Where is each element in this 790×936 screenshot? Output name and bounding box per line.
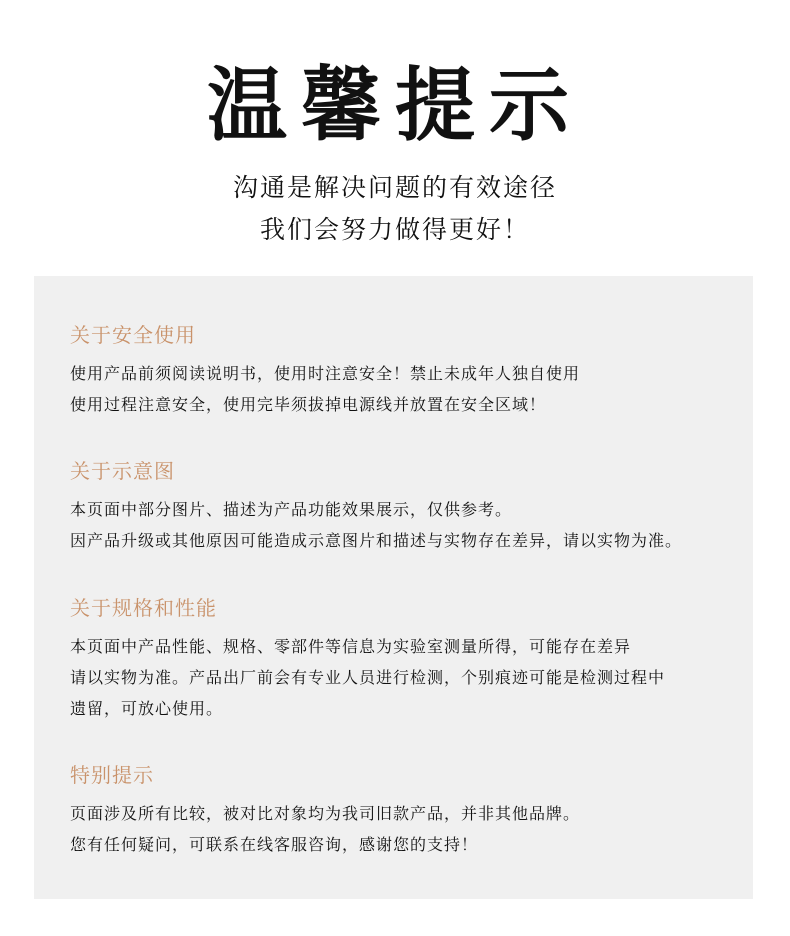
section-safety: 关于安全使用 使用产品前须阅读说明书，使用时注意安全！禁止未成年人独自使用 使用… bbox=[70, 320, 580, 420]
section-text: 本页面中产品性能、规格、零部件等信息为实验室测量所得，可能存在差异 bbox=[70, 631, 665, 662]
section-text: 页面涉及所有比较，被对比对象均为我司旧款产品，并非其他品牌。 bbox=[70, 798, 580, 829]
section-heading: 特别提示 bbox=[70, 760, 580, 790]
subtitle-line-2: 我们会努力做得更好！ bbox=[0, 210, 790, 246]
section-text: 请以实物为准。产品出厂前会有专业人员进行检测，个别痕迹可能是检测过程中 bbox=[70, 662, 665, 693]
section-text: 遗留，可放心使用。 bbox=[70, 693, 665, 724]
section-specs: 关于规格和性能 本页面中产品性能、规格、零部件等信息为实验室测量所得，可能存在差… bbox=[70, 593, 665, 724]
notice-panel: 关于安全使用 使用产品前须阅读说明书，使用时注意安全！禁止未成年人独自使用 使用… bbox=[34, 276, 753, 899]
section-text: 您有任何疑问，可联系在线客服咨询，感谢您的支持！ bbox=[70, 829, 580, 860]
section-text: 因产品升级或其他原因可能造成示意图片和描述与实物存在差异，请以实物为准。 bbox=[70, 525, 682, 556]
section-heading: 关于示意图 bbox=[70, 456, 682, 486]
section-heading: 关于安全使用 bbox=[70, 320, 580, 350]
section-special-notice: 特别提示 页面涉及所有比较，被对比对象均为我司旧款产品，并非其他品牌。 您有任何… bbox=[70, 760, 580, 860]
subtitle-line-1: 沟通是解决问题的有效途径 bbox=[0, 168, 790, 204]
section-illustration: 关于示意图 本页面中部分图片、描述为产品功能效果展示，仅供参考。 因产品升级或其… bbox=[70, 456, 682, 556]
section-text: 本页面中部分图片、描述为产品功能效果展示，仅供参考。 bbox=[70, 494, 682, 525]
page-title: 温馨提示 bbox=[0, 58, 790, 154]
section-text: 使用过程注意安全，使用完毕须拔掉电源线并放置在安全区域！ bbox=[70, 389, 580, 420]
section-text: 使用产品前须阅读说明书，使用时注意安全！禁止未成年人独自使用 bbox=[70, 358, 580, 389]
section-heading: 关于规格和性能 bbox=[70, 593, 665, 623]
